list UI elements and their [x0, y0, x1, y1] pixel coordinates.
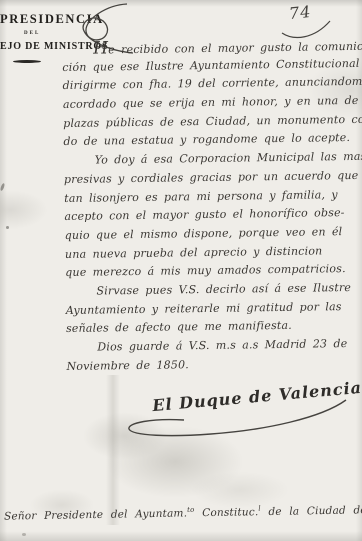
letterhead-divider — [13, 60, 41, 63]
letter-body: He recibido con el mayor gusto la comuni… — [62, 36, 362, 377]
ink-smudge — [6, 226, 9, 229]
body-line-18: Noviembre de 1850. — [66, 353, 362, 376]
ink-smudge — [0, 183, 5, 192]
address-part-3: de la Ciudad de Loja. — [261, 504, 362, 518]
ink-smudge — [22, 533, 26, 536]
address-line: Señor Presidente del Ayuntam.to Constitu… — [4, 503, 360, 523]
letterhead-line-2: DEL — [24, 31, 40, 36]
address-superscript-1: to — [187, 506, 195, 514]
address-part-2: Constituc. — [195, 506, 259, 519]
letter-scan-page: PRESIDENCIA DEL EJO DE MINISTROS. 74 He … — [0, 0, 362, 541]
address-part-1: Señor Presidente del Ayuntam. — [4, 507, 187, 522]
